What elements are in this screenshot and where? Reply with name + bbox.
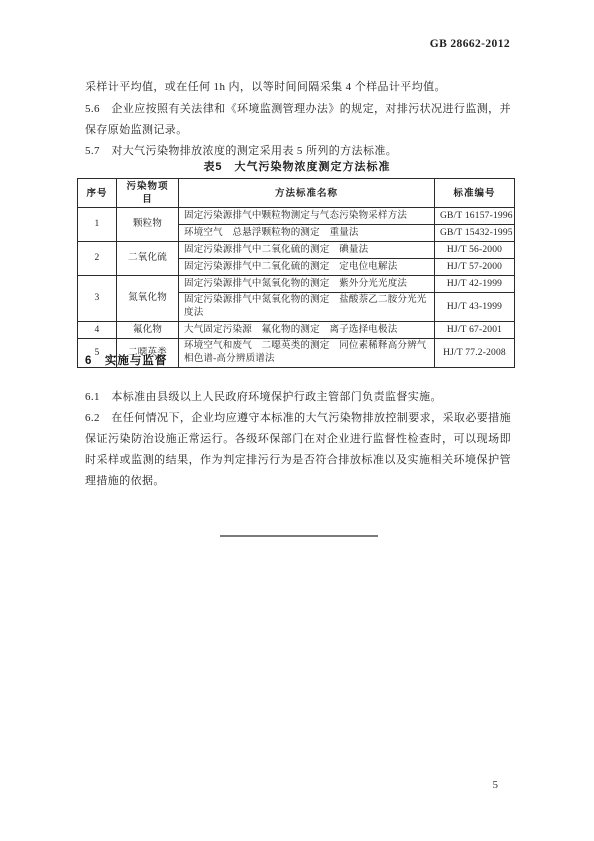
paragraph-6-1: 6.1 本标准由县级以上人民政府环境保护行政主管部门负责监督实施。	[85, 387, 511, 408]
code-cell: GB/T 16157-1996	[435, 208, 515, 225]
header-seq: 序号	[78, 179, 117, 208]
footnote-separator-rule	[220, 535, 378, 537]
standard-number-header: GB 28662-2012	[0, 38, 510, 50]
paragraph-sampling-average: 采样计平均值，或在任何 1h 内，以等时间间隔采集 4 个样品计平均值。	[85, 77, 511, 98]
seq-cell: 4	[78, 322, 117, 339]
pollutant-cell: 氮氧化物	[117, 276, 179, 322]
method-cell: 固定污染源排气中氮氧化物的测定 紫外分光光度法	[179, 276, 435, 293]
header-pollutant: 污染物项目	[117, 179, 179, 208]
pollutant-cell: 氟化物	[117, 322, 179, 339]
table-row: 3 氮氧化物 固定污染源排气中氮氧化物的测定 紫外分光光度法 HJ/T 42-1…	[78, 276, 515, 293]
table-row: 2 二氧化硫 固定污染源排气中二氧化硫的测定 碘量法 HJ/T 56-2000	[78, 242, 515, 259]
paragraph-5-6: 5.6 企业应按照有关法律和《环境监测管理办法》的规定，对排污状况进行监测，并保…	[85, 99, 511, 141]
pollutant-cell: 二氧化硫	[117, 242, 179, 276]
seq-cell: 3	[78, 276, 117, 322]
method-cell: 固定污染源排气中二氧化硫的测定 定电位电解法	[179, 259, 435, 276]
seq-cell: 2	[78, 242, 117, 276]
table-row: 1 颗粒物 固定污染源排气中颗粒物测定与气态污染物采样方法 GB/T 16157…	[78, 208, 515, 225]
code-cell: HJ/T 56-2000	[435, 242, 515, 259]
table-5-method-standards: 序号 污染物项目 方法标准名称 标准编号 1 颗粒物 固定污染源排气中颗粒物测定…	[77, 178, 515, 368]
code-cell: HJ/T 67-2001	[435, 322, 515, 339]
section-6-heading: 6 实施与监督	[85, 352, 167, 368]
code-cell: HJ/T 77.2-2008	[435, 339, 515, 368]
code-cell: GB/T 15432-1995	[435, 225, 515, 242]
method-cell: 大气固定污染源 氟化物的测定 离子选择电极法	[179, 322, 435, 339]
code-cell: HJ/T 57-2000	[435, 259, 515, 276]
header-method: 方法标准名称	[179, 179, 435, 208]
code-cell: HJ/T 43-1999	[435, 293, 515, 322]
table-row: 4 氟化物 大气固定污染源 氟化物的测定 离子选择电极法 HJ/T 67-200…	[78, 322, 515, 339]
page-number: 5	[0, 779, 498, 791]
code-cell: HJ/T 42-1999	[435, 276, 515, 293]
method-cell: 固定污染源排气中二氧化硫的测定 碘量法	[179, 242, 435, 259]
header-code: 标准编号	[435, 179, 515, 208]
method-cell: 固定污染源排气中颗粒物测定与气态污染物采样方法	[179, 208, 435, 225]
table5-title: 表5 大气污染物浓度测定方法标准	[0, 158, 594, 174]
document-page: GB 28662-2012 采样计平均值，或在任何 1h 内，以等时间间隔采集 …	[0, 0, 594, 841]
pollutant-cell: 颗粒物	[117, 208, 179, 242]
paragraph-6-2: 6.2 在任何情况下，企业均应遵守本标准的大气污染物排放控制要求，采取必要措施保…	[85, 408, 511, 492]
method-cell: 环境空气和废气 二噁英类的测定 同位素稀释高分辨气相色谱-高分辨质谱法	[179, 339, 435, 368]
table-header-row: 序号 污染物项目 方法标准名称 标准编号	[78, 179, 515, 208]
seq-cell: 1	[78, 208, 117, 242]
method-cell: 环境空气 总悬浮颗粒物的测定 重量法	[179, 225, 435, 242]
method-cell: 固定污染源排气中氮氧化物的测定 盐酸萘乙二胺分光光度法	[179, 293, 435, 322]
